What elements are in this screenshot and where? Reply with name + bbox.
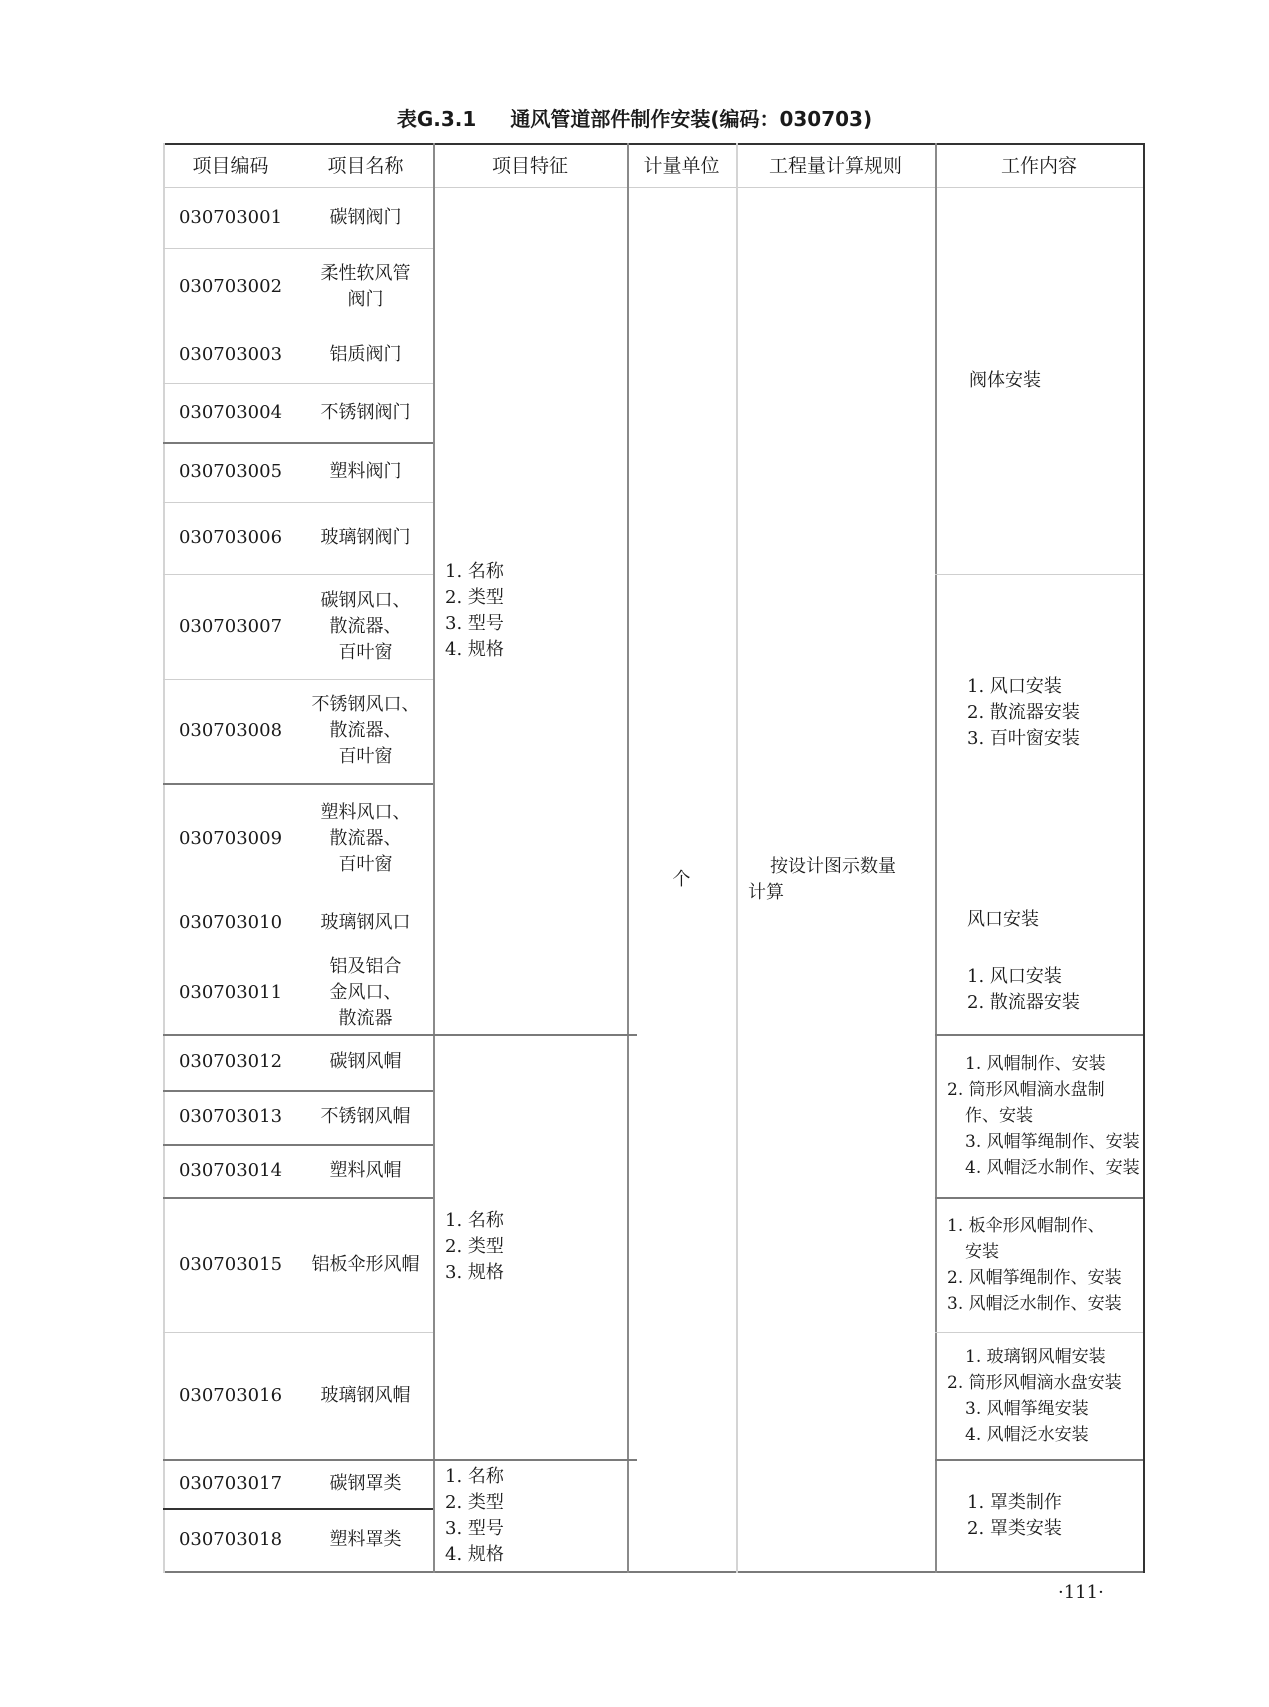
features-cell: 1. 名称2. 类型3. 规格	[433, 1034, 627, 1459]
item-code: 030703014	[163, 1144, 298, 1197]
work-cell: 1. 板伞形风帽制作、安装2. 风帽筝绳制作、安装3. 风帽泛水制作、安装	[935, 1197, 1143, 1332]
table-number: 表G.3.1	[397, 107, 476, 131]
item-code: 030703013	[163, 1090, 298, 1144]
item-code: 030703010	[163, 894, 298, 952]
features-cell: 1. 名称2. 类型3. 型号4. 规格	[433, 1459, 627, 1572]
page-number: ·111·	[1058, 1582, 1104, 1603]
item-code: 030703011	[163, 952, 298, 1034]
item-name: 玻璃钢风帽	[298, 1332, 433, 1459]
item-code: 030703004	[163, 384, 298, 442]
item-code: 030703012	[163, 1034, 298, 1090]
item-code: 030703008	[163, 679, 298, 783]
item-code: 030703003	[163, 326, 298, 384]
item-name: 铝及铝合金风口、散流器	[298, 952, 433, 1034]
item-code: 030703009	[163, 784, 298, 894]
table-right-border	[1143, 143, 1145, 1573]
item-name: 塑料阀门	[298, 442, 433, 502]
item-code: 030703006	[163, 502, 298, 574]
item-name: 塑料风口、散流器、百叶窗	[298, 784, 433, 894]
work-cell: 1. 风帽制作、安装2. 筒形风帽滴水盘制作、安装3. 风帽筝绳制作、安装4. …	[935, 1034, 1143, 1197]
item-code: 030703005	[163, 442, 298, 502]
item-name: 碳钢阀门	[298, 188, 433, 248]
table-title: 表G.3.1通风管道部件制作安装(编码：030703)	[0, 103, 1269, 132]
item-name: 不锈钢风帽	[298, 1090, 433, 1144]
item-code: 030703002	[163, 248, 298, 326]
header-name: 项目名称	[298, 144, 433, 188]
rule-cell: 按设计图示数量计算	[736, 188, 935, 1572]
item-code: 030703016	[163, 1332, 298, 1459]
item-name: 碳钢风帽	[298, 1034, 433, 1090]
item-name: 玻璃钢阀门	[298, 502, 433, 574]
item-name: 塑料罩类	[298, 1508, 433, 1572]
header-features: 项目特征	[433, 144, 627, 188]
item-code: 030703001	[163, 188, 298, 248]
work-cell: 1. 玻璃钢风帽安装2. 筒形风帽滴水盘安装3. 风帽筝绳安装4. 风帽泛水安装	[935, 1332, 1143, 1459]
item-name: 柔性软风管阀门	[298, 248, 433, 326]
work-cell: 阀体安装	[935, 188, 1143, 574]
item-code: 030703018	[163, 1508, 298, 1572]
item-name: 碳钢罩类	[298, 1459, 433, 1508]
work-cell: 1. 风口安装2. 散流器安装	[935, 960, 1143, 1020]
work-cell: 1. 罩类制作2. 罩类安装	[935, 1459, 1143, 1572]
item-name: 塑料风帽	[298, 1144, 433, 1197]
item-name: 不锈钢阀门	[298, 384, 433, 442]
work-cell: 风口安装	[935, 900, 1143, 940]
item-name: 碳钢风口、散流器、百叶窗	[298, 574, 433, 679]
item-code: 030703017	[163, 1459, 298, 1508]
work-cell: 1. 风口安装2. 散流器安装3. 百叶窗安装	[935, 660, 1143, 765]
header-rule: 工程量计算规则	[736, 144, 935, 188]
item-code: 030703007	[163, 574, 298, 679]
header-unit: 计量单位	[627, 144, 736, 188]
table-caption: 通风管道部件制作安装(编码：030703)	[510, 107, 872, 131]
work-divider	[935, 574, 1143, 575]
features-cell: 1. 名称2. 类型3. 型号4. 规格	[433, 188, 627, 1034]
item-code: 030703015	[163, 1197, 298, 1332]
unit-cell: 个	[627, 188, 736, 1572]
item-name: 不锈钢风口、散流器、百叶窗	[298, 679, 433, 783]
item-name: 铝板伞形风帽	[298, 1197, 433, 1332]
header-work: 工作内容	[935, 144, 1143, 188]
item-name: 铝质阀门	[298, 326, 433, 384]
header-code: 项目编码	[163, 144, 298, 188]
item-name: 玻璃钢风口	[298, 894, 433, 952]
